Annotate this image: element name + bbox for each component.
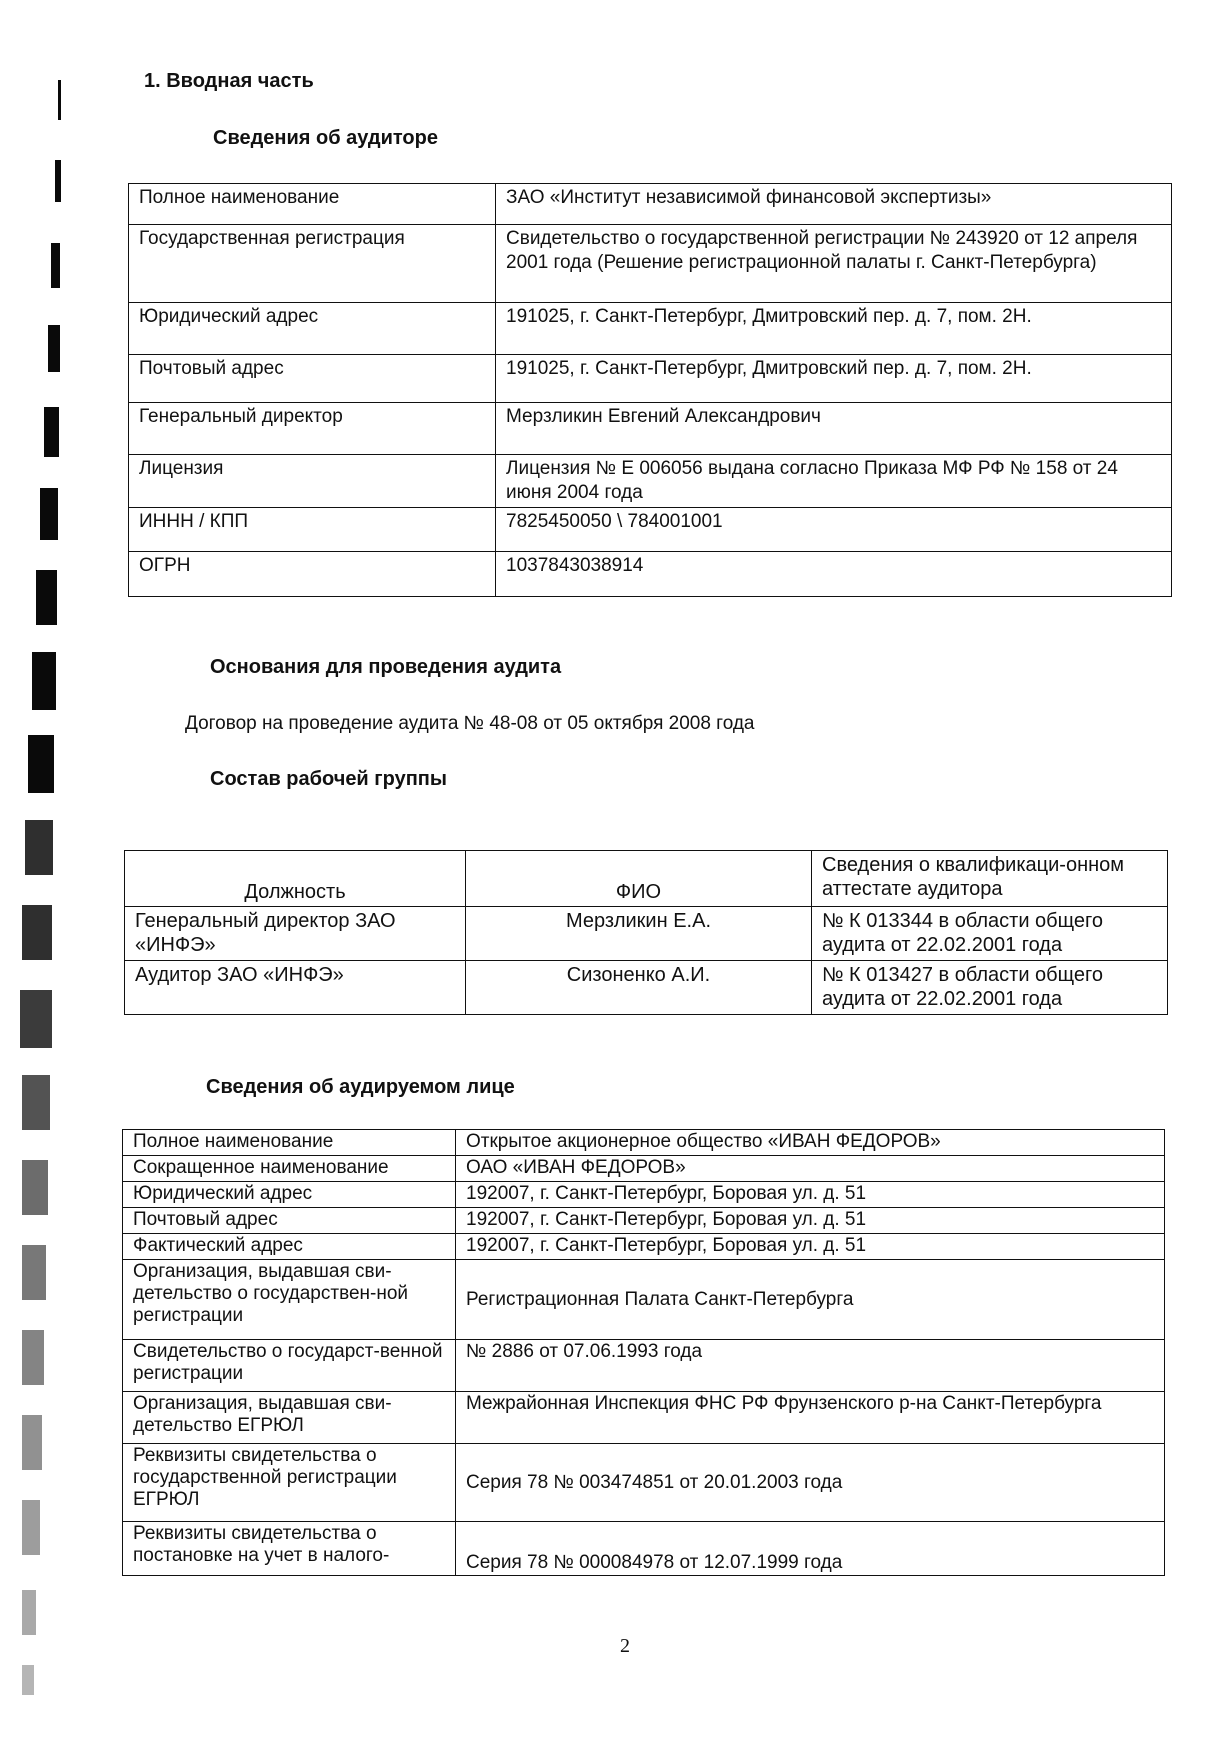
- table-row: Сокращенное наименование ОАО «ИВАН ФЕДОР…: [123, 1156, 1165, 1182]
- binding-mark: [22, 1330, 44, 1385]
- row-value: Серия 78 № 003474851 от 20.01.2003 года: [456, 1444, 1165, 1522]
- row-value: 192007, г. Санкт-Петербург, Боровая ул. …: [456, 1234, 1165, 1260]
- table-row: Генеральный директор ЗАО «ИНФЭ» Мерзлики…: [125, 907, 1168, 961]
- auditor-table: Полное наименование ЗАО «Институт незави…: [128, 183, 1172, 597]
- row-value: Лицензия № Е 006056 выдана согласно Прик…: [496, 455, 1172, 508]
- table-row: Реквизиты свидетельства о государственно…: [123, 1444, 1165, 1522]
- row-value: Регистрационная Палата Санкт-Петербурга: [456, 1260, 1165, 1340]
- cell-certificate: № К 013344 в области общего аудита от 22…: [812, 907, 1168, 961]
- row-label: Юридический адрес: [129, 303, 496, 355]
- binding-mark: [58, 80, 61, 120]
- table-header-row: Должность ФИО Сведения о квалификаци-онн…: [125, 851, 1168, 907]
- row-label: Юридический адрес: [123, 1182, 456, 1208]
- section-title: 1. Вводная часть: [144, 70, 314, 93]
- table-row: ИННН / КПП 7825450050 \ 784001001: [129, 508, 1172, 552]
- binding-mark: [36, 570, 57, 625]
- binding-mark: [51, 243, 60, 288]
- table-row: Фактический адрес 192007, г. Санкт-Петер…: [123, 1234, 1165, 1260]
- row-label: Полное наименование: [129, 184, 496, 225]
- table-row: ОГРН 1037843038914: [129, 552, 1172, 597]
- page-number: 2: [620, 1635, 630, 1658]
- row-value: 192007, г. Санкт-Петербург, Боровая ул. …: [456, 1182, 1165, 1208]
- column-header-certificate: Сведения о квалификаци-онном аттестате а…: [812, 851, 1168, 907]
- row-label: Государственная регистрация: [129, 225, 496, 303]
- row-label: ОГРН: [129, 552, 496, 597]
- row-label: Реквизиты свидетельства о постановке на …: [123, 1522, 456, 1576]
- binding-mark: [22, 1665, 34, 1695]
- basis-text: Договор на проведение аудита № 48-08 от …: [185, 713, 755, 735]
- row-label: Почтовый адрес: [129, 355, 496, 403]
- row-value: ОАО «ИВАН ФЕДОРОВ»: [456, 1156, 1165, 1182]
- binding-mark: [20, 990, 52, 1048]
- basis-heading: Основания для проведения аудита: [210, 656, 561, 679]
- table-row: Свидетельство о государст-венной регистр…: [123, 1340, 1165, 1392]
- binding-mark: [22, 905, 52, 960]
- binding-holes: [0, 0, 70, 1739]
- row-value: Серия 78 № 000084978 от 12.07.1999 года: [456, 1522, 1165, 1576]
- row-value: 1037843038914: [496, 552, 1172, 597]
- binding-mark: [22, 1415, 42, 1470]
- row-value: 191025, г. Санкт-Петербург, Дмитровский …: [496, 355, 1172, 403]
- row-value: 192007, г. Санкт-Петербург, Боровая ул. …: [456, 1208, 1165, 1234]
- cell-name: Мерзликин Е.А.: [466, 907, 812, 961]
- cell-name: Сизоненко А.И.: [466, 961, 812, 1015]
- table-row: Почтовый адрес 191025, г. Санкт-Петербур…: [129, 355, 1172, 403]
- binding-mark: [22, 1500, 40, 1555]
- table-row: Реквизиты свидетельства о постановке на …: [123, 1522, 1165, 1576]
- binding-mark: [48, 325, 60, 372]
- table-row: Лицензия Лицензия № Е 006056 выдана согл…: [129, 455, 1172, 508]
- row-value: ЗАО «Институт независимой финансовой экс…: [496, 184, 1172, 225]
- row-label: Генеральный директор: [129, 403, 496, 455]
- binding-mark: [22, 1590, 36, 1635]
- team-table: Должность ФИО Сведения о квалификаци-онн…: [124, 850, 1168, 1015]
- table-row: Юридический адрес 192007, г. Санкт-Петер…: [123, 1182, 1165, 1208]
- team-heading: Состав рабочей группы: [210, 768, 447, 791]
- binding-mark: [40, 488, 58, 540]
- row-value: Открытое акционерное общество «ИВАН ФЕДО…: [456, 1130, 1165, 1156]
- table-row: Аудитор ЗАО «ИНФЭ» Сизоненко А.И. № К 01…: [125, 961, 1168, 1015]
- binding-mark: [44, 407, 59, 457]
- row-label: Полное наименование: [123, 1130, 456, 1156]
- binding-mark: [22, 1245, 46, 1300]
- row-label: Организация, выдавшая сви-детельство о г…: [123, 1260, 456, 1340]
- binding-mark: [22, 1075, 50, 1130]
- row-label: Фактический адрес: [123, 1234, 456, 1260]
- row-label: Лицензия: [129, 455, 496, 508]
- row-label: Сокращенное наименование: [123, 1156, 456, 1182]
- binding-mark: [28, 735, 54, 793]
- auditee-table: Полное наименование Открытое акционерное…: [122, 1129, 1165, 1576]
- row-value: 7825450050 \ 784001001: [496, 508, 1172, 552]
- table-row: Организация, выдавшая сви-детельство ЕГР…: [123, 1392, 1165, 1444]
- column-header-name: ФИО: [466, 851, 812, 907]
- table-row: Полное наименование ЗАО «Институт незави…: [129, 184, 1172, 225]
- row-value: № 2886 от 07.06.1993 года: [456, 1340, 1165, 1392]
- table-row: Юридический адрес 191025, г. Санкт-Петер…: [129, 303, 1172, 355]
- row-value: Мерзликин Евгений Александрович: [496, 403, 1172, 455]
- row-label: Почтовый адрес: [123, 1208, 456, 1234]
- row-label: Реквизиты свидетельства о государственно…: [123, 1444, 456, 1522]
- cell-certificate: № К 013427 в области общего аудита от 22…: [812, 961, 1168, 1015]
- cell-position: Аудитор ЗАО «ИНФЭ»: [125, 961, 466, 1015]
- row-value: Межрайонная Инспекция ФНС РФ Фрунзенског…: [456, 1392, 1165, 1444]
- binding-mark: [25, 820, 53, 875]
- table-row: Государственная регистрация Свидетельств…: [129, 225, 1172, 303]
- auditee-heading: Сведения об аудируемом лице: [206, 1076, 515, 1099]
- binding-mark: [32, 652, 56, 710]
- column-header-position: Должность: [125, 851, 466, 907]
- row-label: ИННН / КПП: [129, 508, 496, 552]
- binding-mark: [22, 1160, 48, 1215]
- table-row: Организация, выдавшая сви-детельство о г…: [123, 1260, 1165, 1340]
- row-value: 191025, г. Санкт-Петербург, Дмитровский …: [496, 303, 1172, 355]
- binding-mark: [55, 160, 61, 202]
- row-label: Организация, выдавшая сви-детельство ЕГР…: [123, 1392, 456, 1444]
- table-row: Полное наименование Открытое акционерное…: [123, 1130, 1165, 1156]
- auditor-heading: Сведения об аудиторе: [213, 127, 438, 150]
- row-label: Свидетельство о государст-венной регистр…: [123, 1340, 456, 1392]
- cell-position: Генеральный директор ЗАО «ИНФЭ»: [125, 907, 466, 961]
- row-value: Свидетельство о государственной регистра…: [496, 225, 1172, 303]
- table-row: Генеральный директор Мерзликин Евгений А…: [129, 403, 1172, 455]
- table-row: Почтовый адрес 192007, г. Санкт-Петербур…: [123, 1208, 1165, 1234]
